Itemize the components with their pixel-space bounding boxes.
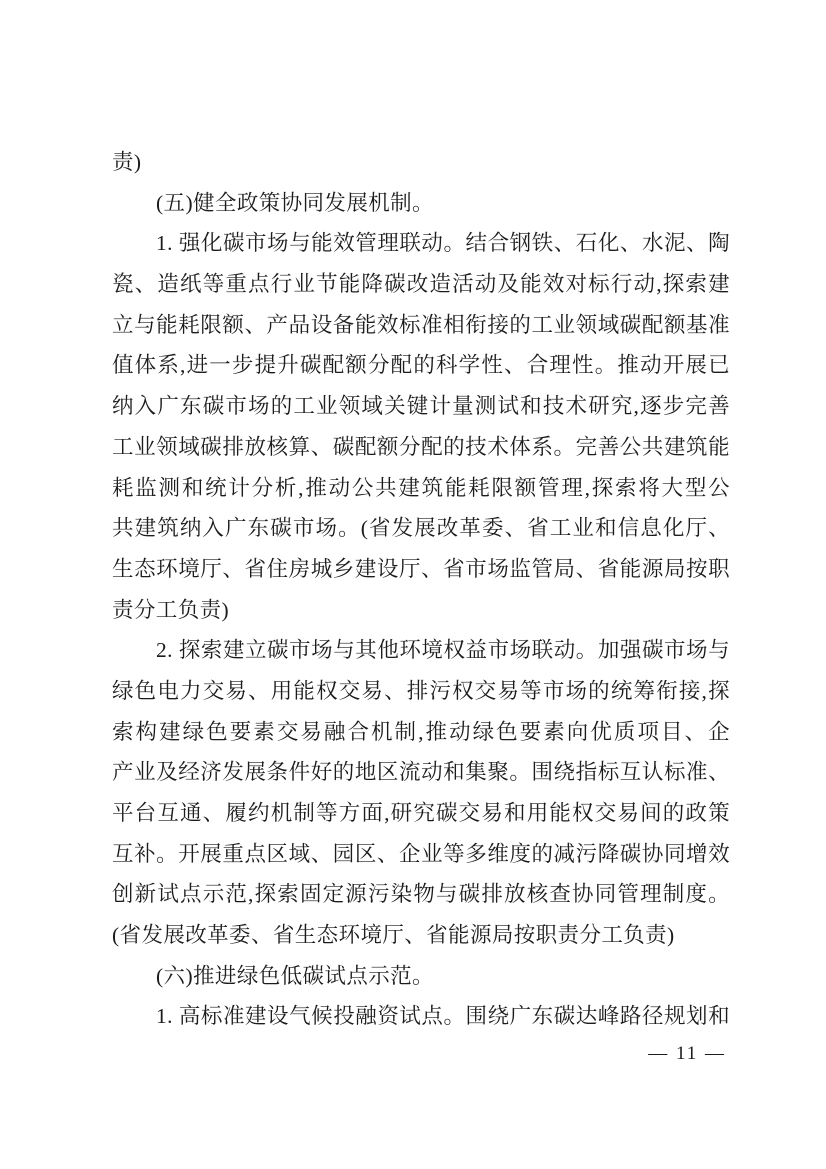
text-line: 纳入广东碳市场的工业领域关键计量测试和技术研究,逐步完善 xyxy=(112,386,730,427)
text-line: 互补。开展重点区域、园区、企业等多维度的减污降碳协同增效 xyxy=(112,834,730,875)
text-line: 共建筑纳入广东碳市场。(省发展改革委、省工业和信息化厅、省 xyxy=(112,508,730,549)
text-line: 责分工负责) xyxy=(112,590,730,631)
text-line: 值体系,进一步提升碳配额分配的科学性、合理性。推动开展已 xyxy=(112,345,730,386)
text-line: 产业及经济发展条件好的地区流动和集聚。围绕指标互认标准、 xyxy=(112,752,730,793)
text-line: 索构建绿色要素交易融合机制,推动绿色要素向优质项目、企业、 xyxy=(112,712,730,753)
document-page: 责) (五)健全政策协同发展机制。 1. 强化碳市场与能效管理联动。结合钢铁、石… xyxy=(0,0,826,1169)
text-line: 立与能耗限额、产品设备能效标准相衔接的工业领域碳配额基准 xyxy=(112,305,730,346)
text-line: 责) xyxy=(112,142,730,183)
text-line: 瓷、造纸等重点行业节能降碳改造活动及能效对标行动,探索建 xyxy=(112,264,730,305)
text-line: 1. 高标准建设气候投融资试点。围绕广东碳达峰路径规划和 xyxy=(112,996,730,1037)
text-line: 工业领域碳排放核算、碳配额分配的技术体系。完善公共建筑能 xyxy=(112,427,730,468)
section-heading: (五)健全政策协同发展机制。 xyxy=(112,183,730,224)
text-line: 1. 强化碳市场与能效管理联动。结合钢铁、石化、水泥、陶 xyxy=(112,223,730,264)
page-number: — 11 — xyxy=(648,1041,726,1067)
document-body: 责) (五)健全政策协同发展机制。 1. 强化碳市场与能效管理联动。结合钢铁、石… xyxy=(112,142,730,1037)
text-line: 平台互通、履约机制等方面,研究碳交易和用能权交易间的政策 xyxy=(112,793,730,834)
text-line: 创新试点示范,探索固定源污染物与碳排放核查协同管理制度。 xyxy=(112,874,730,915)
text-line: (省发展改革委、省生态环境厅、省能源局按职责分工负责) xyxy=(112,915,730,956)
text-line: 耗监测和统计分析,推动公共建筑能耗限额管理,探索将大型公 xyxy=(112,468,730,509)
text-line: 绿色电力交易、用能权交易、排污权交易等市场的统筹衔接,探 xyxy=(112,671,730,712)
section-heading: (六)推进绿色低碳试点示范。 xyxy=(112,956,730,997)
text-line: 生态环境厅、省住房城乡建设厅、省市场监管局、省能源局按职 xyxy=(112,549,730,590)
text-line: 2. 探索建立碳市场与其他环境权益市场联动。加强碳市场与 xyxy=(112,630,730,671)
